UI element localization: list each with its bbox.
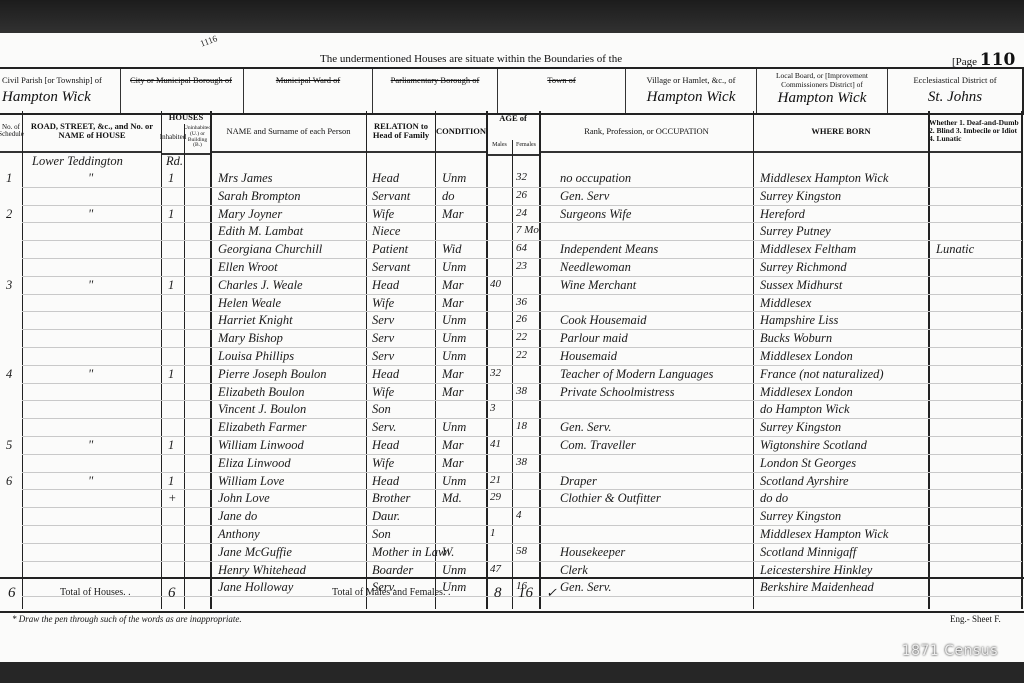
row-where-born: Leicestershire Hinkley [760,563,872,578]
row-condition: Unm [442,420,466,435]
row-occupation: Independent Means [560,242,658,257]
row-occupation: no occupation [560,171,631,186]
row-condition: Unm [442,474,466,489]
row-inhabited: 1 [168,474,174,489]
row-rule [22,561,1022,562]
row-name: Sarah Brompton [218,189,301,204]
row-where-born: Scotland Ayrshire [760,474,849,489]
row-name: Jane do [218,509,257,524]
row-name: Elizabeth Boulon [218,385,304,400]
admin-value: Hampton Wick [757,90,887,107]
row-where-born: Middlesex London [760,349,853,364]
row-rule [22,311,1022,312]
row-age-male: 41 [490,438,501,450]
row-where-born: do do [760,491,788,506]
admin-label: Village or Hamlet, &c., of [626,75,756,85]
row-road-ditto: " [88,367,93,382]
row-where-born: Surrey Kingston [760,509,841,524]
row-rule [22,436,1022,437]
row-where-born: Middlesex Hampton Wick [760,527,888,542]
admin-label: Ecclesiastical District of [888,75,1022,85]
grid-line [512,140,513,609]
row-relation: Daur. [372,509,400,524]
row-age-female: 38 [516,456,527,468]
row-where-born: Scotland Minnigaff [760,545,856,560]
admin-parliamentary-borough: Parliamentary Borough of [373,69,498,113]
row-condition: Wid [442,242,461,257]
col-occupation: Rank, Profession, or OCCUPATION [540,111,753,153]
row-relation: Serv [372,313,394,328]
row-rule [22,347,1022,348]
row-occupation: Parlour maid [560,331,628,346]
admin-civil-parish: Civil Parish [or Township] of Hampton Wi… [0,69,121,113]
row-inhabited: 1 [168,207,174,222]
row-occupation: Needlewoman [560,260,631,275]
row-age-female: 7 Mo [516,224,539,236]
row-name: Mary Bishop [218,331,283,346]
admin-header-row: Civil Parish [or Township] of Hampton Wi… [0,67,1024,115]
row-condition: Mar [442,278,464,293]
row-name: Elizabeth Farmer [218,420,307,435]
row-relation: Serv [372,349,394,364]
admin-label: City or Municipal Borough of [119,75,243,85]
row-name: Edith M. Lambat [218,224,303,239]
row-rule [22,383,1022,384]
admin-village: Village or Hamlet, &c., of Hampton Wick [626,69,757,113]
row-inhabited: + [168,491,176,506]
row-relation: Mother in Law [372,545,446,560]
row-road-ditto: " [88,171,93,186]
row-relation: Wife [372,207,394,222]
row-rule [22,400,1022,401]
row-schedule-number: 4 [6,367,12,382]
row-road-ditto: " [88,438,93,453]
grid-line [753,111,754,609]
road-name: Lower Teddington [32,154,123,169]
row-occupation: Surgeons Wife [560,207,631,222]
row-age-female: 26 [516,189,527,201]
row-rule [22,294,1022,295]
row-relation: Son [372,402,391,417]
row-age-female: 24 [516,207,527,219]
row-rule [22,187,1022,188]
total-females: 16 [518,585,533,602]
col-relation: RELATION to Head of Family [367,111,435,153]
total-houses-label: Total of Houses. . [60,587,131,598]
row-relation: Head [372,278,399,293]
row-where-born: Surrey Kingston [760,189,841,204]
row-occupation: Cook Housemaid [560,313,646,328]
row-name: Ellen Wroot [218,260,278,275]
row-inhabited: 1 [168,438,174,453]
row-age-female: 58 [516,545,527,557]
total-males: 8 [494,585,502,602]
admin-value: St. Johns [888,89,1022,106]
total-persons-label: Total of Males and Females. . [332,587,450,598]
admin-label: Parliamentary Borough of [373,75,497,85]
row-condition: Unm [442,313,466,328]
row-age-female: 64 [516,242,527,254]
row-rule [22,489,1022,490]
row-age-male: 32 [490,367,501,379]
admin-label: Civil Parish [or Township] of [2,75,120,85]
grid-line [486,111,488,609]
row-name: Mrs James [218,171,273,186]
row-occupation: Com. Traveller [560,438,636,453]
row-condition: Md. [442,491,462,506]
row-relation: Brother [372,491,410,506]
road-suffix: Rd. [166,154,183,169]
row-condition: Mar [442,296,464,311]
row-name: Vincent J. Boulon [218,402,306,417]
col-males: Males [487,140,512,151]
row-age-female: 23 [516,260,527,272]
grid-line [435,111,436,609]
totals-row: 6 Total of Houses. . 6 Total of Males an… [0,577,1024,613]
sheet-label: Eng.- Sheet F. [950,614,1001,624]
total-schedules: 6 [8,585,16,602]
row-where-born: Hampshire Liss [760,313,838,328]
row-name: William Love [218,474,284,489]
admin-municipal-ward: Municipal Ward of [244,69,373,113]
row-condition: Mar [442,207,464,222]
intro-text: The undermentioned Houses are situate wi… [320,53,622,65]
row-schedule-number: 2 [6,207,12,222]
admin-label: Municipal Ward of [244,75,372,85]
row-where-born: Bucks Woburn [760,331,832,346]
col-schedule: No. of Schedule [0,111,22,153]
scan-top-border [0,0,1024,36]
row-age-female: 18 [516,420,527,432]
row-road-ditto: " [88,278,93,293]
row-where-born: France (not naturalized) [760,367,884,382]
row-rule [22,222,1022,223]
grid-line [366,111,367,609]
row-relation: Servant [372,189,410,204]
row-name: Mary Joyner [218,207,282,222]
row-age-male: 3 [490,402,496,414]
total-houses-value: 6 [168,585,176,602]
row-occupation: Gen. Serv [560,189,609,204]
row-age-male: 40 [490,278,501,290]
grid-line [1021,111,1023,609]
row-relation: Head [372,438,399,453]
row-relation: Head [372,171,399,186]
row-occupation: Gen. Serv. [560,420,611,435]
col-road: ROAD, STREET, &c., and No. or NAME of HO… [23,111,161,153]
row-relation: Serv [372,331,394,346]
row-condition: Mar [442,438,464,453]
row-rule [22,205,1022,206]
row-age-male: 21 [490,474,501,486]
row-relation: Boarder [372,563,413,578]
row-rule [22,240,1022,241]
admin-label: Town of [498,75,625,85]
row-age-male: 29 [490,491,501,503]
row-where-born: Wigtonshire Scotland [760,438,867,453]
row-condition: Unm [442,331,466,346]
row-where-born: Middlesex Hampton Wick [760,171,888,186]
row-age-female: 32 [516,171,527,183]
row-relation: Servant [372,260,410,275]
row-where-born: Middlesex London [760,385,853,400]
row-occupation: Housekeeper [560,545,625,560]
admin-ecclesiastical-district: Ecclesiastical District of St. Johns [888,69,1024,113]
admin-town: Town of [498,69,626,113]
row-relation: Serv. [372,420,396,435]
row-rule [22,543,1022,544]
row-name: William Linwood [218,438,304,453]
admin-local-board: Local Board, or [Improvement Commissione… [757,69,888,113]
row-name: Georgiana Churchill [218,242,322,257]
row-occupation: Teacher of Modern Languages [560,367,713,382]
row-where-born: Sussex Midhurst [760,278,842,293]
row-age-female: 4 [516,509,522,521]
row-schedule-number: 3 [6,278,12,293]
row-rule [22,472,1022,473]
row-where-born: Hereford [760,207,805,222]
census-year-label: 1871 Census [902,643,998,659]
row-schedule-number: 6 [6,474,12,489]
row-road-ditto: " [88,474,93,489]
row-relation: Niece [372,224,400,239]
grid-line [210,111,212,609]
row-relation: Wife [372,296,394,311]
row-inhabited: 1 [168,367,174,382]
row-rule [22,418,1022,419]
admin-label: Local Board, or [Improvement Commissione… [757,71,887,89]
row-relation: Head [372,367,399,382]
row-infirmity: Lunatic [936,242,974,257]
row-condition: Unm [442,349,466,364]
total-check-mark: ✓ [546,585,557,601]
row-relation: Son [372,527,391,542]
row-condition: Mar [442,367,464,382]
row-where-born: Surrey Putney [760,224,831,239]
row-name: Pierre Joseph Boulon [218,367,327,382]
scan-bottom-border [0,662,1024,683]
row-occupation: Clerk [560,563,588,578]
row-rule [22,507,1022,508]
row-age-female: 36 [516,296,527,308]
row-where-born: London St Georges [760,456,856,471]
row-age-male: 47 [490,563,501,575]
row-relation: Patient [372,242,408,257]
row-inhabited: 1 [168,278,174,293]
row-where-born: Middlesex [760,296,811,311]
row-schedule-number: 5 [6,438,12,453]
row-rule [22,454,1022,455]
grid-line [928,111,930,609]
row-age-female: 38 [516,385,527,397]
admin-value: Hampton Wick [626,89,756,106]
row-name: Henry Whitehead [218,563,306,578]
row-road-ditto: " [88,207,93,222]
row-rule [22,525,1022,526]
row-name: Charles J. Weale [218,278,303,293]
row-rule [22,365,1022,366]
col-condition: CONDITION [436,111,486,153]
col-name: NAME and Surname of each Person [211,111,366,153]
row-age-male: 1 [490,527,496,539]
row-rule [22,329,1022,330]
row-age-female: 22 [516,331,527,343]
row-schedule-number: 1 [6,171,12,186]
grid-line [184,124,185,609]
row-relation: Head [372,474,399,489]
row-name: Louisa Phillips [218,349,294,364]
row-condition: W. [442,545,454,560]
row-relation: Wife [372,456,394,471]
row-occupation: Draper [560,474,597,489]
row-condition: Mar [442,385,464,400]
row-where-born: Middlesex Feltham [760,242,856,257]
row-name: Anthony [218,527,260,542]
row-name: Jane McGuffie [218,545,292,560]
col-where-born: WHERE BORN [754,111,928,153]
row-where-born: Surrey Kingston [760,420,841,435]
admin-value: Hampton Wick [2,89,120,106]
row-condition: do [442,189,455,204]
row-rule [22,258,1022,259]
admin-city-borough: City or Municipal Borough of [119,69,244,113]
grid-line [161,111,162,609]
footnote: * Draw the pen through such of the words… [12,614,242,624]
row-condition: Unm [442,171,466,186]
row-age-female: 26 [516,313,527,325]
row-occupation: Housemaid [560,349,617,364]
row-where-born: do Hampton Wick [760,402,850,417]
col-inhabited: Inhabited [162,124,184,151]
row-inhabited: 1 [168,171,174,186]
row-name: Helen Weale [218,296,281,311]
row-age-female: 22 [516,349,527,361]
row-occupation: Clothier & Outfitter [560,491,661,506]
row-occupation: Wine Merchant [560,278,636,293]
row-name: Eliza Linwood [218,456,291,471]
row-rule [22,276,1022,277]
row-where-born: Surrey Richmond [760,260,847,275]
col-uninhabited: Uninhabited (U.) or Building (B.) [185,124,210,151]
grid-line [539,111,541,609]
row-condition: Unm [442,563,466,578]
col-females: Females [513,140,539,151]
row-condition: Unm [442,260,466,275]
row-occupation: Private Schoolmistress [560,385,674,400]
row-relation: Wife [372,385,394,400]
col-infirmity: Whether 1. Deaf-and-Dumb 2. Blind 3. Imb… [929,111,1022,153]
row-name: Harriet Knight [218,313,293,328]
row-name: John Love [218,491,270,506]
row-condition: Mar [442,456,464,471]
grid-line [22,111,23,609]
